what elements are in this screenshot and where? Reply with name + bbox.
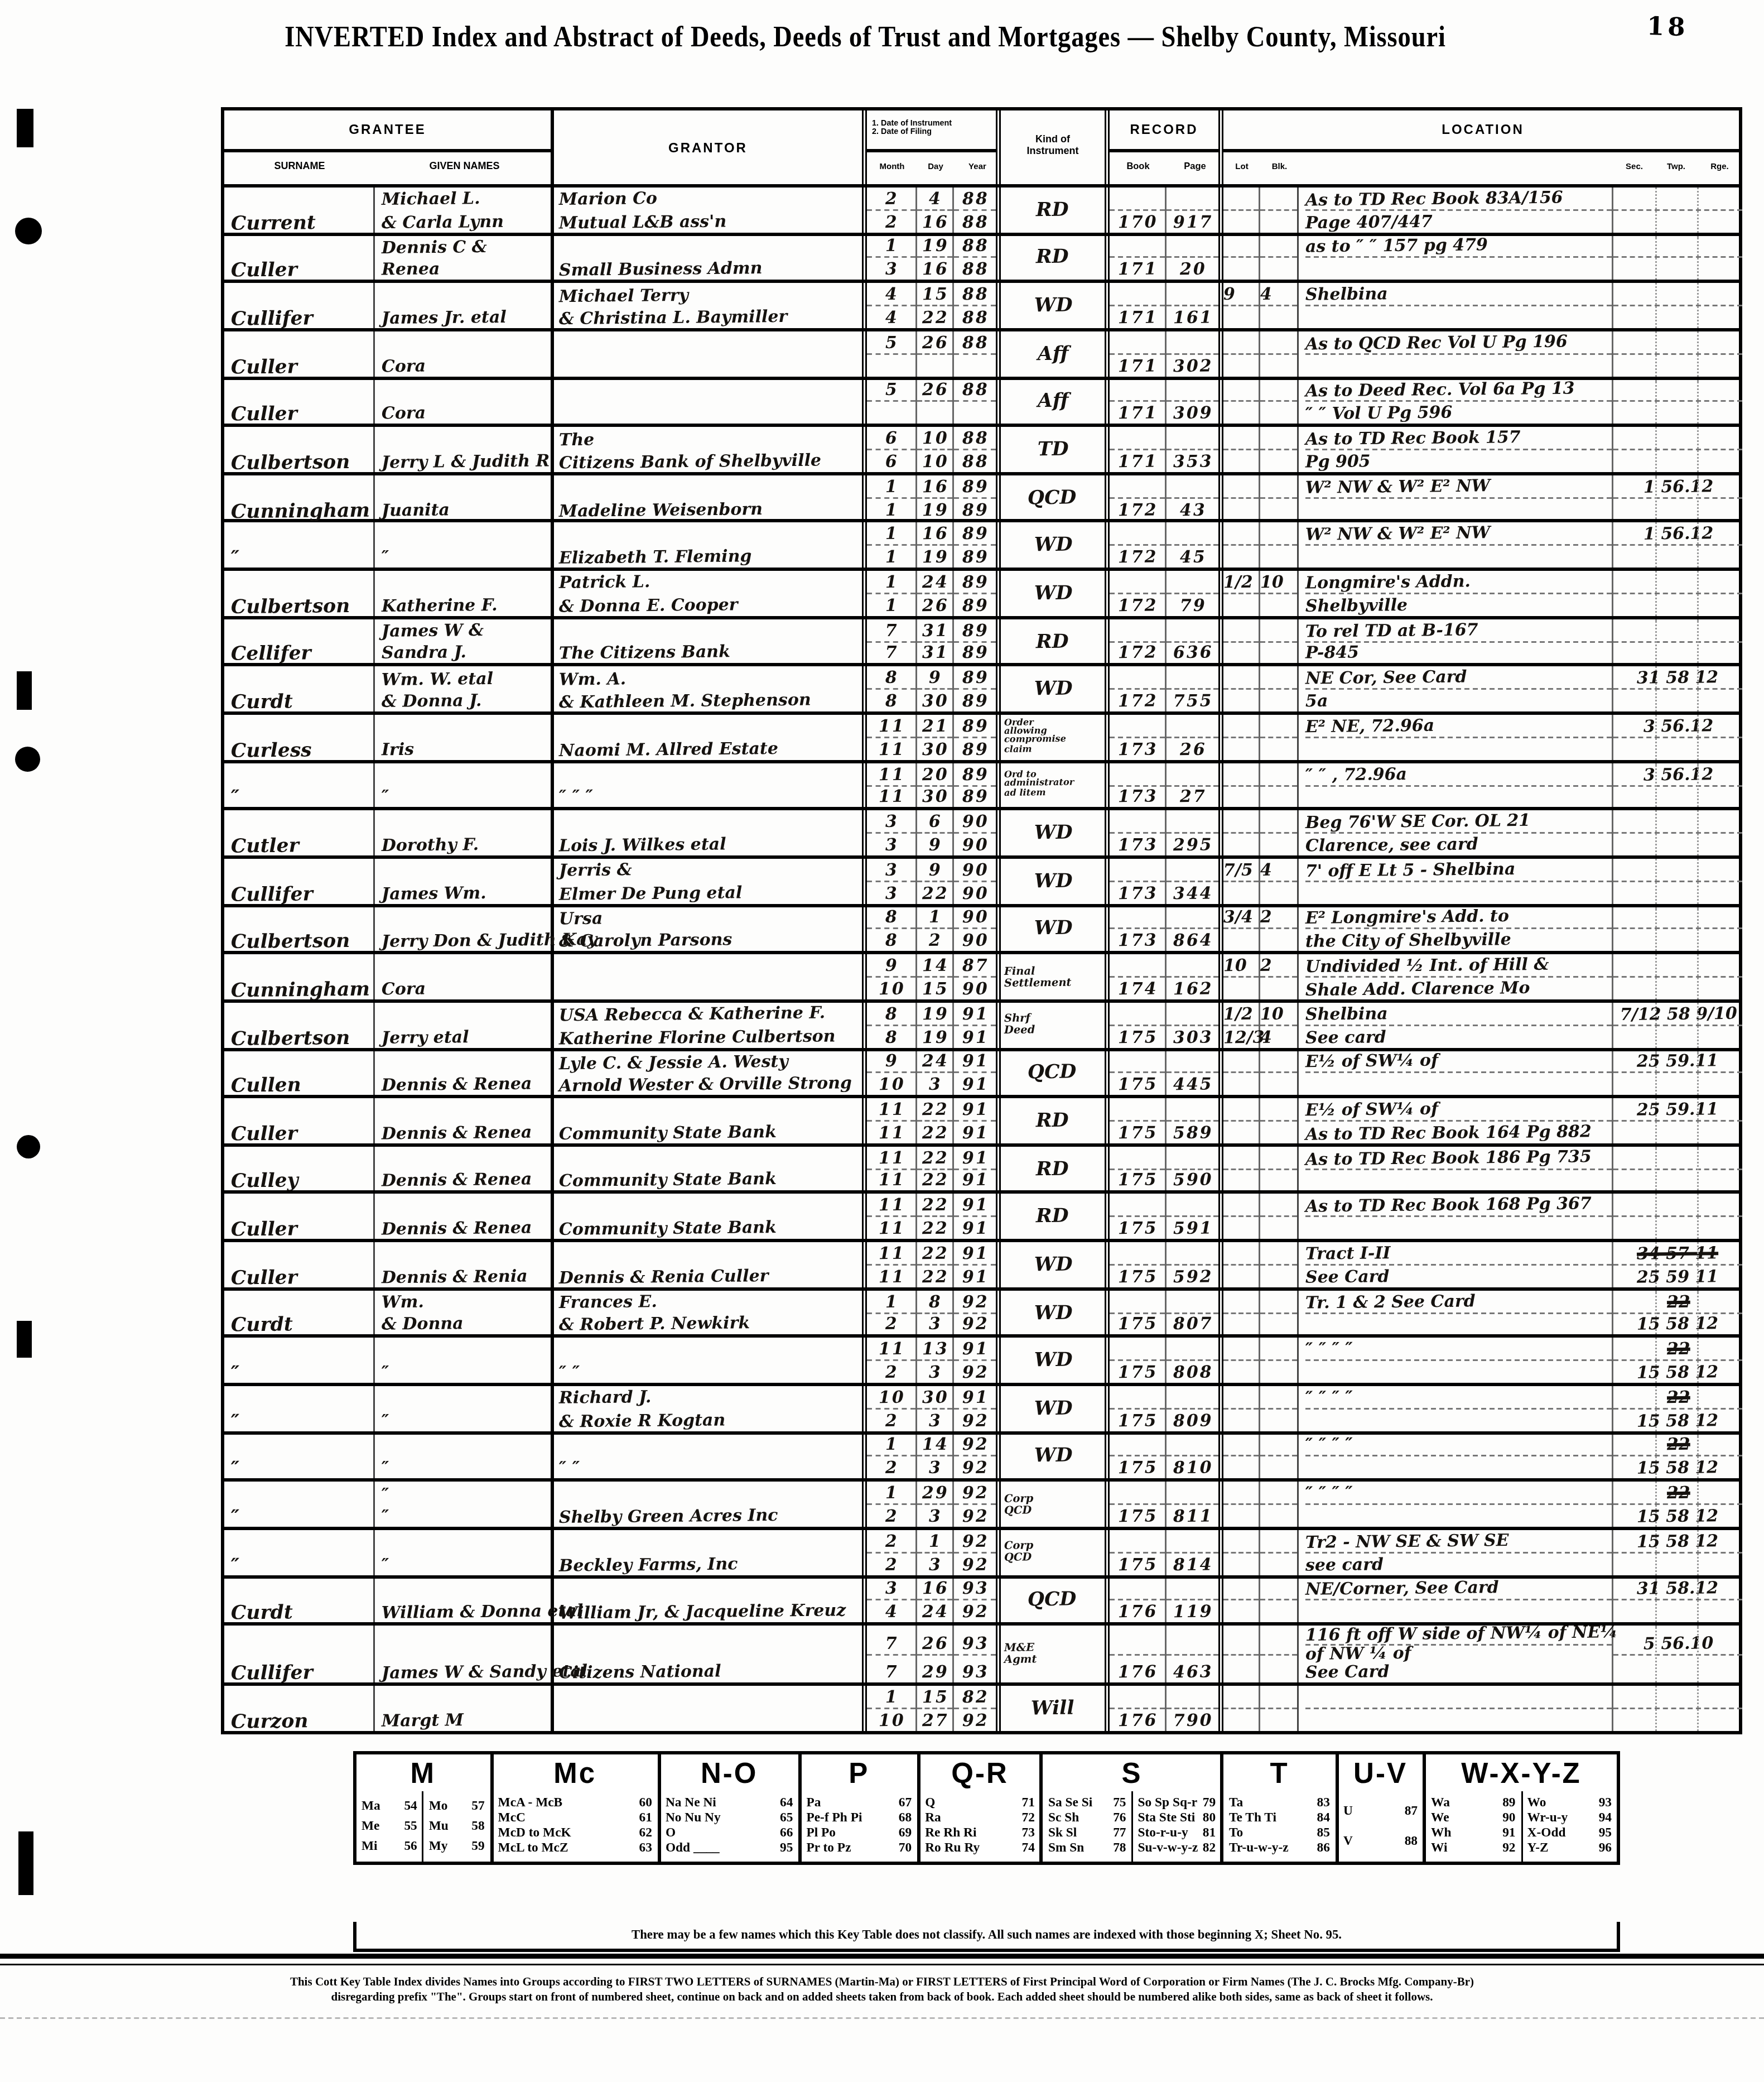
lot-cell: [1223, 427, 1260, 472]
record-page-cell: 45: [1167, 523, 1223, 568]
lot-cell: [1223, 1482, 1260, 1527]
kind-cell: RD: [1001, 235, 1110, 280]
record-page-cell: 807: [1167, 1290, 1223, 1335]
blk-cell: [1260, 811, 1299, 855]
grantee-surname-cell: Culler: [224, 379, 375, 424]
grantee-surname-cell: Current: [224, 187, 375, 232]
ledger-row: CulleyDennis & ReneaCommunity State Bank…: [224, 1146, 1739, 1194]
date-year-cell: 8989: [954, 763, 1001, 807]
divider-rule-thick: [0, 1954, 1764, 1959]
date-year-cell: 9090: [954, 859, 1001, 903]
date-day-cell: 303: [917, 1386, 954, 1431]
blk-cell: [1260, 1434, 1299, 1479]
key-table-column: McMcA - McB60McC61McD to McK62McL to McZ…: [490, 1754, 657, 1862]
date-day-cell: 1415: [917, 955, 954, 999]
record-book-cell: 175: [1110, 1434, 1167, 1479]
record-book-cell: 172: [1110, 523, 1167, 568]
punch-mark: [15, 747, 40, 772]
header-record: RECORD Book Page: [1110, 110, 1223, 184]
grantee-surname-cell: Curzon: [224, 1686, 375, 1731]
ledger-row: CelliferJames W &Sandra J.The Citizens B…: [224, 619, 1739, 667]
lot-cell: [1223, 1626, 1260, 1683]
date-year-cell: 9292: [954, 1482, 1001, 1527]
kind-cell: WD: [1001, 907, 1110, 951]
grantee-surname-cell: Culler: [224, 1099, 375, 1143]
grantor-cell: Community State Bank: [554, 1194, 867, 1239]
grantor-cell: Madeline Weisenborn: [554, 475, 867, 520]
lot-cell: [1223, 1530, 1260, 1575]
record-page-cell: 309: [1167, 379, 1223, 424]
divider-rule-thin: [0, 1964, 1764, 1965]
lot-cell: [1223, 667, 1260, 711]
kind-cell: WD: [1001, 667, 1110, 711]
ledger-row: CullerDennis & ReneaCommunity State Bank…: [224, 1099, 1739, 1147]
date-year-cell: 9393: [954, 1626, 1001, 1683]
grantee-given-cell: ″: [375, 1434, 554, 1479]
record-page-cell: 119: [1167, 1578, 1223, 1623]
lot-cell: [1223, 1434, 1260, 1479]
date-month-cell: 112: [867, 1338, 917, 1383]
date-year-cell: 8888: [954, 187, 1001, 232]
key-table-entry: X-Odd95: [1522, 1825, 1617, 1840]
record-page-cell: 790: [1167, 1686, 1223, 1731]
ledger-row: CulliferJames Jr. etalMichael Terry& Chr…: [224, 283, 1739, 331]
date-day-cell: 1527: [917, 1686, 954, 1731]
record-page-cell: 43: [1167, 475, 1223, 520]
grantor-cell: Naomi M. Allred Estate: [554, 715, 867, 759]
lot-cell: [1223, 1290, 1260, 1335]
kind-cell: QCD: [1001, 1051, 1110, 1095]
grantee-surname-cell: Curdt: [224, 667, 375, 711]
key-table-column-header: W-X-Y-Z: [1426, 1754, 1617, 1791]
ledger-row: ″″Richard J.& Roxie R Kogtan1023039192WD…: [224, 1386, 1739, 1434]
location-cell: Undivided ½ Int. of Hill &Shale Add. Cla…: [1299, 955, 1613, 999]
ledger-row: ″″″ ″ ″111120308989Ord toadministratorad…: [224, 763, 1739, 811]
key-table-entry: Mo57: [424, 1797, 490, 1812]
date-day-cell: 2426: [917, 571, 954, 616]
ledger-row: CunninghamCora91014158790FinalSettlement…: [224, 955, 1739, 1003]
ledger-row: CunninghamJuanitaMadeline Weisenborn1116…: [224, 475, 1739, 523]
grantor-cell: Citizens National: [554, 1626, 867, 1683]
date-day-cell: 930: [917, 667, 954, 711]
header-grantee-label: GRANTEE: [224, 110, 551, 152]
key-table-entry: Ro Ru Ry74: [920, 1840, 1040, 1855]
sec-twp-rge-cell: [1613, 571, 1742, 616]
key-table-entry: Sa Se Si75: [1043, 1795, 1131, 1810]
sec-twp-rge-cell: 1 56.12: [1613, 475, 1742, 520]
record-book-cell: 171: [1110, 283, 1167, 328]
key-table-entry: My59: [424, 1838, 490, 1853]
lot-cell: 1/2: [1223, 571, 1260, 616]
date-month-cell: 12: [867, 1482, 917, 1527]
punch-mark: [17, 1135, 40, 1158]
blk-cell: [1260, 1194, 1299, 1239]
ledger-row: CurzonMargt M11015278292Will176790: [224, 1686, 1739, 1731]
record-book-cell: 171: [1110, 379, 1167, 424]
location-cell: As to TD Rec Book 186 Pg 735: [1299, 1146, 1613, 1191]
kind-cell: WD: [1001, 523, 1110, 568]
date-month-cell: 77: [867, 1626, 917, 1683]
grantee-given-cell: ″: [375, 763, 554, 807]
lot-cell: [1223, 619, 1260, 663]
blk-cell: 2: [1260, 907, 1299, 951]
grantee-surname-cell: Cunningham: [224, 475, 375, 520]
footer-text: This Cott Key Table Index divides Names …: [80, 1975, 1684, 2004]
record-page-cell: 79: [1167, 571, 1223, 616]
key-table-entry: Sc Sh76: [1043, 1810, 1131, 1825]
blk-cell: [1260, 1386, 1299, 1431]
date-day-cell: 1522: [917, 283, 954, 328]
key-table-entry: U87: [1338, 1802, 1423, 1817]
date-day-cell: 133: [917, 1338, 954, 1383]
location-cell: As to TD Rec Book 168 Pg 367: [1299, 1194, 1613, 1239]
header-date-instrument-label: 1. Date of Instrument: [872, 121, 952, 130]
grantee-surname-cell: Culler: [224, 1242, 375, 1287]
date-month-cell: 34: [867, 1578, 917, 1623]
lot-cell: [1223, 1146, 1260, 1191]
location-cell: E² Longmire's Add. tothe City of Shelbyv…: [1299, 907, 1613, 951]
footer-line-1: This Cott Key Table Index divides Names …: [80, 1975, 1684, 1990]
grantee-surname-cell: ″: [224, 1338, 375, 1383]
footer-line-2: disregarding prefix "The". Groups start …: [80, 1990, 1684, 2004]
punch-mark: [18, 1831, 33, 1895]
ledger-row: ″″″Shelby Green Acres Inc122939292CorpQC…: [224, 1482, 1739, 1530]
header-kind: Kind of Instrument: [1001, 110, 1110, 184]
key-table-column-header: U-V: [1338, 1754, 1423, 1791]
blk-cell: 2: [1260, 955, 1299, 999]
header-sec-label: Sec.: [1613, 163, 1655, 173]
grantor-cell: Richard J.& Roxie R Kogtan: [554, 1386, 867, 1431]
record-page-cell: 302: [1167, 331, 1223, 376]
date-day-cell: 1010: [917, 427, 954, 472]
blk-cell: [1260, 1099, 1299, 1143]
grantee-given-cell: ″: [375, 523, 554, 568]
date-month-cell: 110: [867, 1686, 917, 1731]
grantor-cell: William Jr, & Jacqueline Kreuz: [554, 1578, 867, 1623]
blk-cell: [1260, 475, 1299, 520]
grantee-surname-cell: Curdt: [224, 1290, 375, 1335]
grantor-cell: Community State Bank: [554, 1146, 867, 1191]
record-page-cell: 591: [1167, 1194, 1223, 1239]
key-table-entry: Wr-u-y94: [1522, 1810, 1617, 1825]
blk-cell: [1260, 1051, 1299, 1095]
ledger-row: ″″″ ″1121339192WD175808″ ″ ″ ″2215 58 12: [224, 1338, 1739, 1386]
grantee-surname-cell: ″: [224, 1434, 375, 1479]
grantee-given-cell: ″: [375, 1338, 554, 1383]
lot-cell: [1223, 1386, 1260, 1431]
blk-cell: [1260, 715, 1299, 759]
date-year-cell: 8292: [954, 1686, 1001, 1731]
key-table-column-header: T: [1224, 1754, 1335, 1791]
sec-twp-rge-cell: 31 58 12: [1613, 667, 1742, 711]
location-cell: As to Deed Rec. Vol 6a Pg 13″ ″ Vol U Pg…: [1299, 379, 1613, 424]
key-table-entry: Sm Sn78: [1043, 1840, 1131, 1855]
grantee-surname-cell: ″: [224, 1482, 375, 1527]
record-book-cell: 175: [1110, 1482, 1167, 1527]
ledger-row: CulbertsonJerry Don & Judith KayUrsa& Ca…: [224, 907, 1739, 955]
key-table-entry: Ma54: [356, 1797, 422, 1812]
record-page-cell: 162: [1167, 955, 1223, 999]
header-grantor-label: GRANTOR: [554, 110, 867, 184]
record-page-cell: 917: [1167, 187, 1223, 232]
sheet-number: 18: [1646, 11, 1689, 43]
grantor-cell: Wm. A.& Kathleen M. Stephenson: [554, 667, 867, 711]
grantee-surname-cell: Cutler: [224, 811, 375, 855]
record-book-cell: 170: [1110, 187, 1167, 232]
date-day-cell: 83: [917, 1290, 954, 1335]
grantor-cell: Community State Bank: [554, 1099, 867, 1143]
key-table-entry: Te Th Ti84: [1224, 1810, 1335, 1825]
date-day-cell: 2222: [917, 1146, 954, 1191]
header-rge-label: Rge.: [1697, 163, 1742, 173]
location-cell: Tr2 - NW SE & SW SEsee card: [1299, 1530, 1613, 1575]
grantor-cell: Small Business Admn: [554, 235, 867, 280]
key-table-entry: Re Rh Ri73: [920, 1825, 1040, 1840]
record-page-cell: 353: [1167, 427, 1223, 472]
date-day-cell: 1619: [917, 475, 954, 520]
date-year-cell: 8989: [954, 571, 1001, 616]
scan-artifact-line: [0, 2017, 1764, 2019]
grantor-cell: [554, 955, 867, 999]
key-table-entry: Wh91: [1426, 1825, 1521, 1840]
sec-twp-rge-cell: [1613, 283, 1742, 328]
location-cell: 7' off E Lt 5 - Shelbina: [1299, 859, 1613, 903]
sec-twp-rge-cell: [1613, 379, 1742, 424]
lot-cell: [1223, 475, 1260, 520]
grantee-surname-cell: Culbertson: [224, 571, 375, 616]
record-page-cell: 811: [1167, 1482, 1223, 1527]
date-year-cell: 8989: [954, 667, 1001, 711]
date-month-cell: 1111: [867, 1194, 917, 1239]
key-table-entry: Me55: [356, 1817, 422, 1833]
blk-cell: [1260, 1482, 1299, 1527]
header-day-label: Day: [917, 163, 954, 173]
location-cell: Shelbina: [1299, 283, 1613, 328]
ledger-row: CulbertsonJerry L & Judith RTheCitizens …: [224, 427, 1739, 475]
grantor-cell: ″ ″: [554, 1434, 867, 1479]
record-book-cell: 171: [1110, 235, 1167, 280]
ledger-row: ″″Beckley Farms, Inc22139292CorpQCD17581…: [224, 1530, 1739, 1578]
key-table-entry: Q71: [920, 1795, 1040, 1810]
grantor-cell: Lyle C. & Jessie A. WestyArnold Wester &…: [554, 1051, 867, 1095]
record-book-cell: 175: [1110, 1194, 1167, 1239]
location-cell: ShelbinaSee card: [1299, 1003, 1613, 1047]
grantee-surname-cell: Culler: [224, 1194, 375, 1239]
blk-cell: 10: [1260, 571, 1299, 616]
record-page-cell: 344: [1167, 859, 1223, 903]
header-lot-label: Lot: [1223, 163, 1260, 173]
date-month-cell: 66: [867, 427, 917, 472]
grantee-surname-cell: Culler: [224, 331, 375, 376]
record-book-cell: 173: [1110, 763, 1167, 807]
grantee-given-cell: ″: [375, 1386, 554, 1431]
location-cell: NE/Corner, See Card: [1299, 1578, 1613, 1623]
ledger-row: CulliferJames Wm.Jerris &Elmer De Pung e…: [224, 859, 1739, 907]
grantee-surname-cell: Cullifer: [224, 283, 375, 328]
kind-cell: Aff: [1001, 331, 1110, 376]
date-month-cell: 910: [867, 955, 917, 999]
kind-cell: WD: [1001, 811, 1110, 855]
blk-cell: [1260, 235, 1299, 280]
grantee-surname-cell: Cullen: [224, 1051, 375, 1095]
grantor-cell: The Citizens Bank: [554, 619, 867, 663]
header-page-label: Page: [1167, 163, 1223, 173]
blk-cell: [1260, 667, 1299, 711]
record-book-cell: 175: [1110, 1290, 1167, 1335]
kind-cell: Orderallowingcompromiseclaim: [1001, 715, 1110, 759]
ledger-row: CurlessIrisNaomi M. Allred Estate1111213…: [224, 715, 1739, 763]
grantor-cell: [554, 379, 867, 424]
grantee-surname-cell: Cunningham: [224, 955, 375, 999]
key-table-entry: Mi56: [356, 1838, 422, 1853]
grantee-given-cell: ″: [375, 1530, 554, 1575]
punch-mark: [17, 1321, 32, 1358]
key-table-column: U-VU87V88: [1335, 1754, 1423, 1862]
table-rows: CurrentMichael L.& Carla LynnMarion CoMu…: [224, 187, 1739, 1731]
blk-cell: [1260, 1338, 1299, 1383]
grantee-given-cell: ″″: [375, 1482, 554, 1527]
sec-twp-rge-cell: [1613, 427, 1742, 472]
lot-cell: [1223, 1578, 1260, 1623]
date-month-cell: 33: [867, 811, 917, 855]
date-year-cell: 9292: [954, 1434, 1001, 1479]
kind-cell: RD: [1001, 187, 1110, 232]
record-book-cell: 173: [1110, 811, 1167, 855]
ledger-row: CurdtWm.& DonnaFrances E.& Robert P. New…: [224, 1290, 1739, 1338]
sec-twp-rge-cell: [1613, 235, 1742, 280]
date-day-cell: 2130: [917, 715, 954, 759]
record-book-cell: 176: [1110, 1626, 1167, 1683]
record-page-cell: 26: [1167, 715, 1223, 759]
location-cell: W² NW & W² E² NW: [1299, 523, 1613, 568]
grantor-cell: Ursa& Carolyn Parsons: [554, 907, 867, 951]
lot-cell: [1223, 379, 1260, 424]
record-book-cell: 175: [1110, 1146, 1167, 1191]
record-book-cell: 175: [1110, 1338, 1167, 1383]
location-cell: [1299, 1686, 1613, 1731]
key-table-entry: Odd ____95: [661, 1840, 798, 1855]
sec-twp-rge-cell: [1613, 811, 1742, 855]
date-year-cell: 8888: [954, 427, 1001, 472]
kind-cell: WD: [1001, 859, 1110, 903]
deed-index-table: GRANTEE SURNAME GIVEN NAMES GRANTOR 1. D…: [221, 107, 1742, 1734]
key-table-entry: V88: [1338, 1833, 1423, 1848]
date-year-cell: 9191: [954, 1051, 1001, 1095]
date-day-cell: 416: [917, 187, 954, 232]
kind-cell: WD: [1001, 1434, 1110, 1479]
sec-twp-rge-cell: [1613, 1146, 1742, 1191]
key-table-entry: Mu58: [424, 1817, 490, 1833]
grantee-given-cell: Juanita: [375, 475, 554, 520]
key-table-entry: We90: [1426, 1810, 1521, 1825]
ledger-row: CulliferJames W & Sandy etalCitizens Nat…: [224, 1626, 1739, 1686]
key-table-entry: Pa67: [801, 1795, 917, 1810]
lot-cell: 10: [1223, 955, 1260, 999]
grantor-cell: Lois J. Wilkes etal: [554, 811, 867, 855]
record-page-cell: 810: [1167, 1434, 1223, 1479]
key-table-entry: Pe-f Ph Pi68: [801, 1810, 917, 1825]
record-book-cell: 175: [1110, 1099, 1167, 1143]
location-cell: W² NW & W² E² NW: [1299, 475, 1613, 520]
scanned-page: INVERTED Index and Abstract of Deeds, De…: [0, 0, 1764, 2082]
date-year-cell: 8888: [954, 235, 1001, 280]
location-cell: E½ of SW¼ ofAs to TD Rec Book 164 Pg 882: [1299, 1099, 1613, 1143]
record-book-cell: 173: [1110, 859, 1167, 903]
date-day-cell: 2222: [917, 1194, 954, 1239]
date-month-cell: 1111: [867, 715, 917, 759]
sec-twp-rge-cell: 5 56.10: [1613, 1626, 1742, 1683]
location-cell: As to QCD Rec Vol U Pg 196: [1299, 331, 1613, 376]
kind-cell: RD: [1001, 1146, 1110, 1191]
date-year-cell: 9392: [954, 1578, 1001, 1623]
kind-cell: RD: [1001, 619, 1110, 663]
record-book-cell: 174: [1110, 955, 1167, 999]
blk-cell: [1260, 379, 1299, 424]
ledger-row: CullerDennis & ReneaCommunity State Bank…: [224, 1194, 1739, 1242]
key-table-column: MMa54Me55Mi56Mo57Mu58My59: [356, 1754, 490, 1862]
grantee-given-cell: Cora: [375, 331, 554, 376]
date-day-cell: 2222: [917, 1099, 954, 1143]
key-table-column: PPa67Pe-f Ph Pi68Pl Po69Pr to Pz70: [798, 1754, 917, 1862]
record-book-cell: 175: [1110, 1386, 1167, 1431]
blk-cell: 104: [1260, 1003, 1299, 1047]
grantor-cell: Michael Terry& Christina L. Baymiller: [554, 283, 867, 328]
grantor-cell: Beckley Farms, Inc: [554, 1530, 867, 1575]
sec-twp-rge-cell: 2215 58 12: [1613, 1290, 1742, 1335]
date-day-cell: 293: [917, 1482, 954, 1527]
grantee-surname-cell: ″: [224, 763, 375, 807]
blk-cell: [1260, 1686, 1299, 1731]
header-kind-line1: Kind of: [1035, 136, 1070, 147]
grantee-given-cell: Jerry Don & Judith Kay: [375, 907, 554, 951]
ledger-row: CullerCora52688Aff171309As to Deed Rec. …: [224, 379, 1739, 427]
date-year-cell: 88: [954, 379, 1001, 424]
grantor-cell: USA Rebecca & Katherine F.Katherine Flor…: [554, 1003, 867, 1047]
date-month-cell: 88: [867, 1003, 917, 1047]
grantee-given-cell: Dorothy F.: [375, 811, 554, 855]
lot-cell: [1223, 235, 1260, 280]
sec-twp-rge-cell: 15 58 12: [1613, 1530, 1742, 1575]
key-table-entry: Su-v-w-y-z82: [1133, 1840, 1221, 1855]
date-day-cell: 3131: [917, 619, 954, 663]
date-month-cell: 12: [867, 1290, 917, 1335]
location-cell: ″ ″ ″ ″: [1299, 1434, 1613, 1479]
grantee-given-cell: Wm.& Donna: [375, 1290, 554, 1335]
key-table-entry: Pl Po69: [801, 1825, 917, 1840]
date-day-cell: 922: [917, 859, 954, 903]
location-cell: as to ″ ″ 157 pg 479: [1299, 235, 1613, 280]
record-page-cell: 808: [1167, 1338, 1223, 1383]
location-cell: As to TD Rec Book 83A/156Page 407/447: [1299, 187, 1613, 232]
sec-twp-rge-cell: 31 58.12: [1613, 1578, 1742, 1623]
key-table-column-header: P: [801, 1754, 917, 1791]
grantee-given-cell: Wm. W. etal& Donna J.: [375, 667, 554, 711]
record-book-cell: 175: [1110, 1003, 1167, 1047]
record-page-cell: 295: [1167, 811, 1223, 855]
lot-cell: [1223, 1338, 1260, 1383]
record-page-cell: 27: [1167, 763, 1223, 807]
date-month-cell: 5: [867, 379, 917, 424]
grantor-cell: Marion CoMutual L&B ass'n: [554, 187, 867, 232]
record-book-cell: 172: [1110, 475, 1167, 520]
sec-twp-rge-cell: 34 57 1125 59 11: [1613, 1242, 1742, 1287]
key-table-entry: Sta Ste Sti80: [1133, 1810, 1221, 1825]
key-table-entry: McC61: [493, 1810, 657, 1825]
date-year-cell: 9090: [954, 907, 1001, 951]
sec-twp-rge-cell: [1613, 1686, 1742, 1731]
key-table-entry: Na Ne Ni64: [661, 1795, 798, 1810]
record-book-cell: 171: [1110, 427, 1167, 472]
